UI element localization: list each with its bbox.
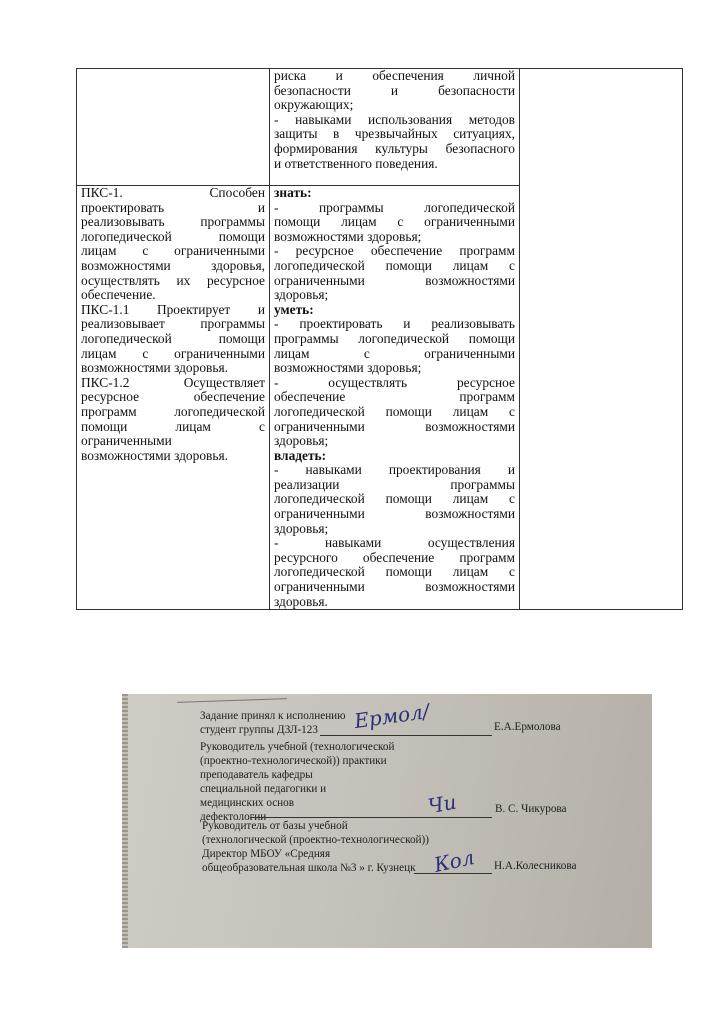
signature-block-line: Директор МБОУ «Средняя — [202, 848, 330, 861]
text-line: - навыками проектирования и — [274, 463, 515, 478]
signature-block-line: преподаватель кафедры — [200, 769, 313, 782]
text-line: риска и обеспечения личной — [274, 69, 515, 84]
know-heading: знать: — [274, 186, 515, 201]
text-line: возможностями здоровья. — [81, 449, 265, 464]
text-line: помощи лицам с ограниченными — [274, 215, 515, 230]
student-label-line1: Задание принял к исполнению — [200, 710, 346, 723]
student-signature: Ермол/ — [353, 699, 431, 733]
know-list: - программы логопедическойпомощи лицам с… — [274, 201, 515, 303]
text-line: - проектировать и реализовывать — [274, 317, 515, 332]
own-heading: владеть: — [274, 449, 515, 464]
text-line: формирования культуры безопасного — [274, 142, 515, 157]
can-heading: уметь: — [274, 303, 515, 318]
text-line: логопедической помощи — [81, 332, 265, 347]
can-list: - проектировать и реализовыватьпрограммы… — [274, 317, 515, 448]
text-line: здоровья. — [274, 595, 515, 610]
signature-block-line: Руководитель от базы учебной — [202, 820, 348, 833]
text-line: лицам с ограниченными — [274, 347, 515, 362]
text-line: ресурсное обеспечение — [81, 390, 265, 405]
paper-edge — [122, 694, 128, 948]
text-line: проектировать и — [81, 201, 265, 216]
signature-block-line: медицинских основ — [200, 797, 294, 810]
student-signature-line — [320, 735, 492, 736]
competency-table: риска и обеспечения личнойбезопасности и… — [76, 68, 683, 610]
signature-photo: Задание принял к исполнению студент груп… — [122, 694, 652, 948]
text-line: ограниченными возможностями — [274, 274, 515, 289]
text-line: ограниченными возможностями — [274, 507, 515, 522]
text-line: логопедической помощи — [81, 230, 265, 245]
text-line: безопасности и безопасности — [274, 84, 515, 99]
notes-cell-empty — [520, 69, 683, 610]
base-supervisor-name: Н.А.Колесникова — [494, 860, 576, 873]
text-line: реализации программы — [274, 478, 515, 493]
text-line: логопедической помощи лицам с — [274, 492, 515, 507]
competency-cell-empty — [77, 69, 270, 186]
text-line: здоровья; — [274, 434, 515, 449]
text-line: ПКС-1.1 Проектирует и — [81, 303, 265, 318]
text-line: помощи лицам с — [81, 420, 265, 435]
signature-block-line: (проектно-технологической)) практики — [200, 755, 387, 768]
text-line: возможностями здоровья, — [81, 259, 265, 274]
text-line: логопедической помощи лицам с — [274, 259, 515, 274]
text-line: ограниченными возможностями — [274, 420, 515, 435]
text-line: программы логопедической помощи — [274, 332, 515, 347]
supervisor-signature-line — [250, 817, 492, 818]
text-line: - навыками использования методов — [274, 113, 515, 128]
text-line: ПКС-1. Способен — [81, 186, 265, 201]
text-line: возможностями здоровья. — [81, 361, 265, 376]
text-line: - программы логопедической — [274, 201, 515, 216]
text-line: лицам с ограниченными — [81, 244, 265, 259]
text-line: окружающих; — [274, 98, 515, 113]
text-line: возможностями здоровья; — [274, 361, 515, 376]
text-line: реализовывает программы — [81, 317, 265, 332]
text-line: логопедической помощи лицам с — [274, 405, 515, 420]
own-list: - навыками проектирования иреализации пр… — [274, 463, 515, 609]
text-line: ресурсного обеспечение программ — [274, 551, 515, 566]
student-label-line2: студент группы ДЗЛ-123 — [200, 724, 318, 737]
signature-block-line: общеобразовательная школа №3 » г. Кузнец… — [202, 862, 416, 875]
supervisor-signature: Чи — [426, 790, 458, 819]
paper-fold-line — [177, 698, 287, 703]
text-line: - ресурсное обеспечение программ — [274, 244, 515, 259]
text-line: здоровья; — [274, 522, 515, 537]
text-line: защиты в чрезвычайных ситуациях, — [274, 127, 515, 142]
signature-block-line: специальной педагогики и — [200, 783, 326, 796]
text-line: и ответственного поведения. — [274, 157, 515, 172]
signature-block-line: (технологической (проектно-технологическ… — [202, 834, 429, 847]
text-line: обеспечение программ — [274, 390, 515, 405]
supervisor-name: В. С. Чикурова — [495, 803, 567, 816]
signature-block-line: Руководитель учебной (технологической — [200, 741, 395, 754]
competency-cell: ПКС-1. Способенпроектировать иреализовыв… — [77, 186, 270, 610]
text-line: лицам с ограниченными — [81, 347, 265, 362]
text-line: возможностями здоровья; — [274, 230, 515, 245]
text-line: обеспечение. — [81, 288, 265, 303]
text-line: логопедической помощи лицам с — [274, 565, 515, 580]
student-name: Е.А.Ермолова — [494, 721, 561, 734]
text-line: - осуществлять ресурсное — [274, 376, 515, 391]
indicators-cell: знать: - программы логопедическойпомощи … — [270, 186, 520, 610]
text-line: - навыками осуществления — [274, 536, 515, 551]
indicators-cell: риска и обеспечения личнойбезопасности и… — [270, 69, 520, 186]
text-line: здоровья; — [274, 288, 515, 303]
text-line: ПКС-1.2 Осуществляет — [81, 376, 265, 391]
text-line: ограниченными возможностями — [274, 580, 515, 595]
text-line: ограниченными — [81, 434, 265, 449]
text-line: программ логопедической — [81, 405, 265, 420]
text-line: реализовывать программы — [81, 215, 265, 230]
text-line: осуществлять их ресурсное — [81, 274, 265, 289]
table-row: риска и обеспечения личнойбезопасности и… — [77, 69, 683, 186]
